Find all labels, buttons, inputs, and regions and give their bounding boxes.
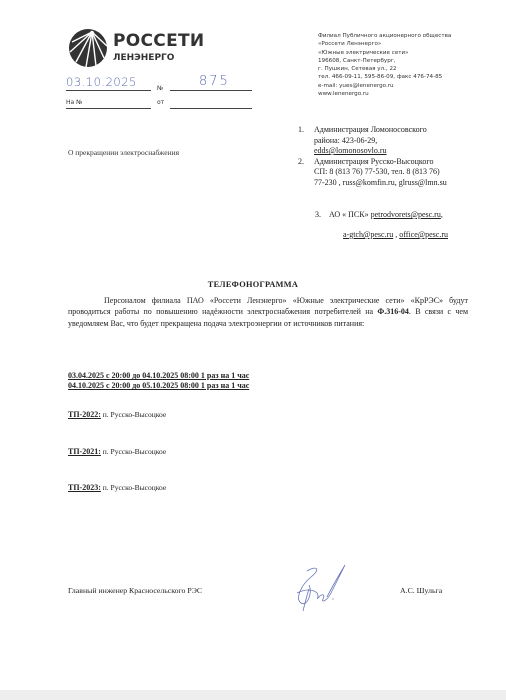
schedule-list: 03.04.2025 с 20:00 до 04.10.2025 08:00 1…: [68, 371, 249, 391]
substation-item: ТП-2021: п. Русско-Высоцкое: [68, 447, 166, 456]
number-underline: [170, 90, 252, 91]
schedule-item: 03.04.2025 с 20:00 до 04.10.2025 08:00 1…: [68, 371, 249, 381]
document-title: ТЕЛЕФОНОГРАММА: [0, 280, 506, 289]
body-paragraph: Персоналом филиала ПАО «Россети Ленэнерг…: [68, 295, 468, 329]
addressee-list: 1. Администрация Ломоносовского района: …: [298, 125, 506, 188]
brand-wordmark: РОССЕТИ ЛЕНЭНЕРГО: [113, 32, 204, 64]
addressee-line: СП: 8 (813 76) 77-530, тел. 8 (813 76): [314, 167, 506, 178]
org-info-line: г. Пушкин, Сетевая ул., 22: [318, 65, 451, 73]
addressee-item: 3. АО « ПСК» petrodvorets@pesc.ru, a-gtc…: [315, 205, 448, 245]
brand-name: РОССЕТИ: [113, 32, 204, 50]
addressee-number: 3.: [315, 210, 321, 219]
addressee-email[interactable]: edds@lomonosovlo.ru: [314, 146, 506, 157]
addressee-email[interactable]: office@pesc.ru: [399, 230, 448, 239]
addressee-number: 2.: [298, 157, 314, 189]
substation-item: ТП-2022: п. Русско-Высоцкое: [68, 410, 166, 419]
org-info-line: 196608, Санкт-Петербург,: [318, 57, 451, 65]
addressee-email[interactable]: a-gtch@pesc.ru: [343, 230, 393, 239]
substation-place: п. Русско-Высоцкое: [101, 410, 166, 419]
addressee-line: Администрация Ломоносовского: [314, 125, 506, 136]
registration-number: 875: [199, 74, 230, 89]
registration-date: 03.10.2025: [66, 75, 137, 89]
number-label: №: [157, 85, 163, 92]
org-info-block: Филиал Публичного акционерного общества …: [318, 32, 451, 98]
substation-item: ТП-2023: п. Русско-Высоцкое: [68, 483, 166, 492]
org-info-line: «Россети Ленэнерго»: [318, 40, 451, 48]
page-bottom-edge: [0, 690, 506, 700]
addressee-line: 77-230 , russ@komfin.ru, glruss@lmn.su: [314, 178, 506, 189]
separator: ,: [441, 210, 443, 219]
addressee-line: района: 423-06-29,: [314, 136, 506, 147]
rosseti-logo-icon: [68, 28, 108, 68]
org-info-line: тел. 466-09-11, 595-86-09, факс 476-74-8…: [318, 73, 451, 81]
date-underline: [66, 90, 151, 91]
org-info-line: e-mail: yues@lenenergo.ru: [318, 82, 451, 90]
substation-code: ТП-2023:: [68, 483, 101, 492]
document-page: РОССЕТИ ЛЕНЭНЕРГО Филиал Публичного акци…: [0, 0, 506, 690]
addressee-line: Администрация Русско-Высоцкого: [314, 157, 506, 168]
org-info-line: Филиал Публичного акционерного общества: [318, 32, 451, 40]
ref-number-label: На №: [66, 99, 82, 106]
schedule-item: 04.10.2025 с 20:00 до 05.10.2025 08:00 1…: [68, 381, 249, 391]
addressee-number: 1.: [298, 125, 314, 157]
substation-code: ТП-2021:: [68, 447, 101, 456]
brand-sub: ЛЕНЭНЕРГО: [113, 52, 204, 64]
addressee-org: АО « ПСК»: [329, 210, 369, 219]
subject-line: О прекращении электроснабжения: [68, 148, 179, 157]
ref-number-underline: [66, 108, 151, 109]
ref-from-label: от: [157, 99, 164, 106]
signatory-name: А.С. Шульга: [400, 586, 442, 595]
handwritten-signature-icon: [287, 563, 347, 615]
addressee-item: 1. Администрация Ломоносовского района: …: [298, 125, 506, 157]
addressee-email[interactable]: petrodvorets@pesc.ru: [371, 210, 441, 219]
addressee-item: 2. Администрация Русско-Высоцкого СП: 8 …: [298, 157, 506, 189]
feeder-code: Ф.316-04: [377, 307, 409, 316]
signatory-position: Главный инженер Красносельского РЭС: [68, 586, 202, 595]
substation-place: п. Русско-Высоцкое: [101, 447, 166, 456]
ref-from-underline: [170, 108, 252, 109]
substation-place: п. Русско-Высоцкое: [101, 483, 166, 492]
org-info-line: «Южные электрические сети»: [318, 49, 451, 57]
org-info-line: www.lenenergo.ru: [318, 90, 451, 98]
substation-code: ТП-2022:: [68, 410, 101, 419]
